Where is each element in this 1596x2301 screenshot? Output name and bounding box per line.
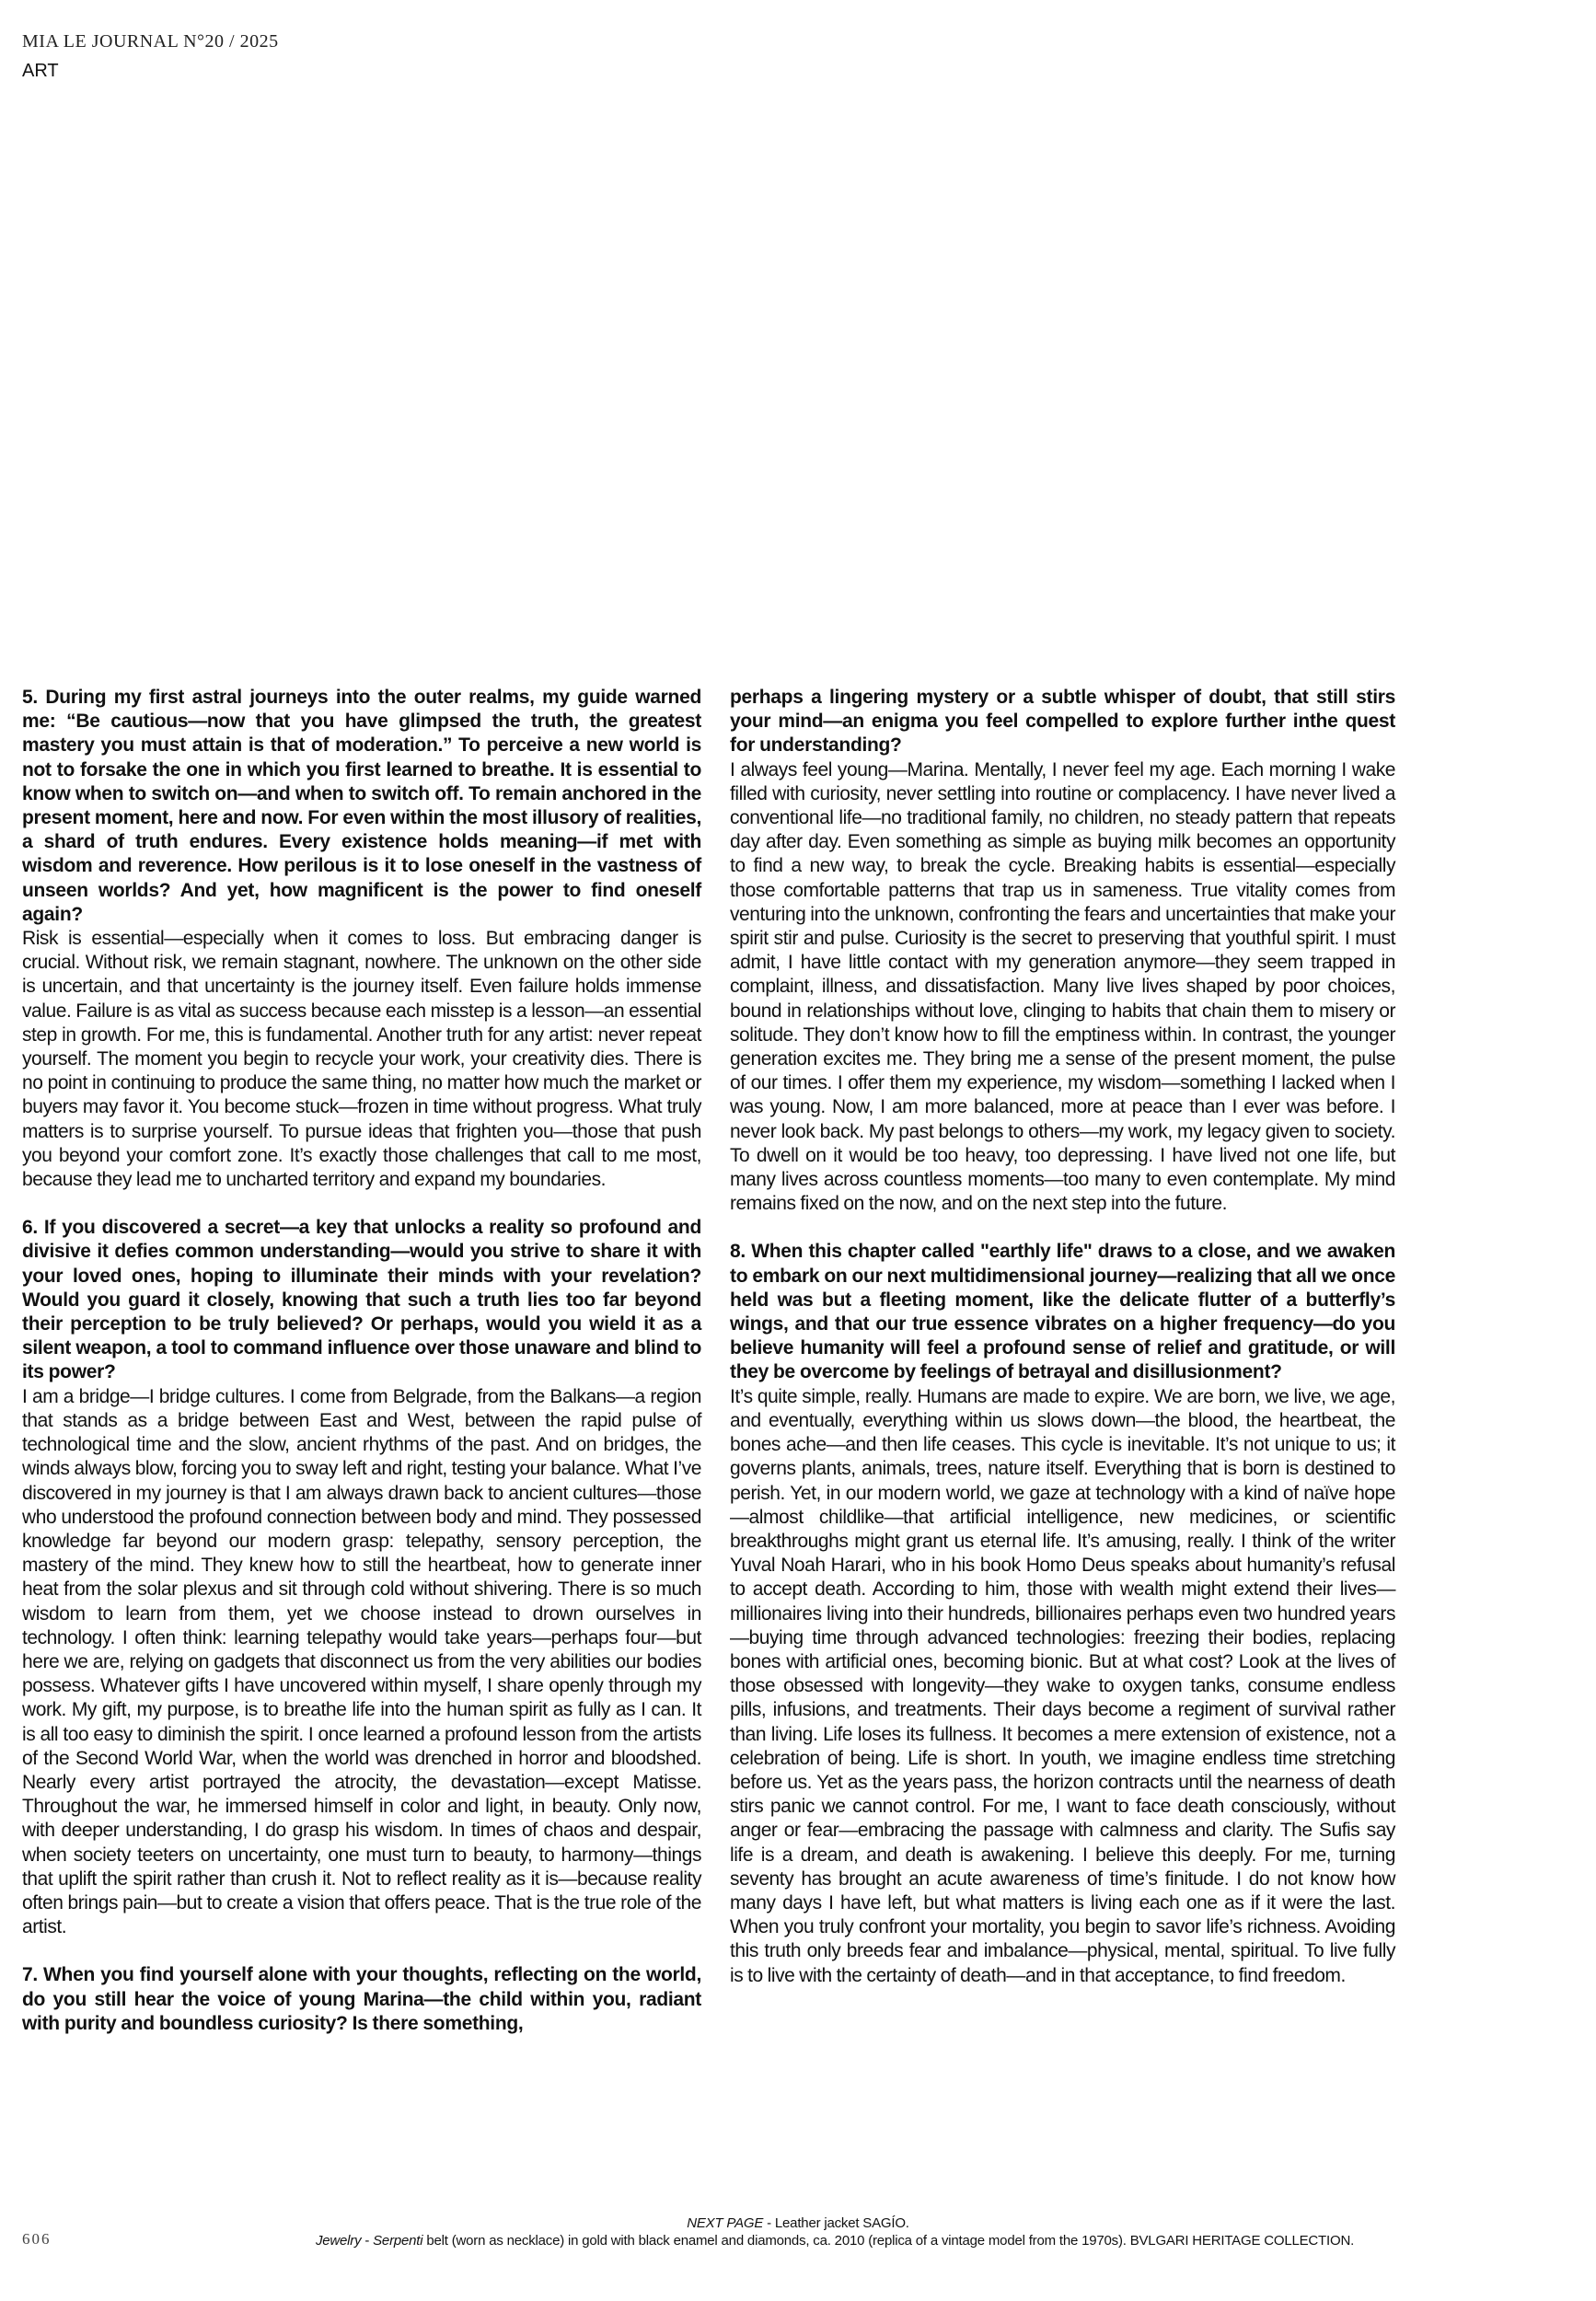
jewelry-text: belt (worn as necklace) in gold with bla… — [422, 2233, 1354, 2249]
jewelry-label: Jewelry — [316, 2233, 361, 2249]
question-7-part-2: perhaps a lingering mystery or a subtle … — [730, 686, 1395, 758]
article-column-left: 5. During my first astral journeys into … — [22, 686, 701, 2036]
photo-credits: NEXT PAGE - Leather jacket SAGÍO. Jewelr… — [0, 2214, 1596, 2249]
jewelry-separator: - — [361, 2233, 373, 2249]
question-7-part-1: 7. When you find yourself alone with you… — [22, 1963, 701, 2036]
answer-7: I always feel young—Marina. Mentally, I … — [730, 758, 1395, 1217]
answer-5: Risk is essential—especially when it com… — [22, 927, 701, 1192]
jewelry-credit: Jewelry - Serpenti belt (worn as necklac… — [0, 2232, 1596, 2249]
question-5: 5. During my first astral journeys into … — [22, 686, 701, 927]
section-label: ART — [22, 61, 59, 82]
paragraph-spacer — [22, 1939, 701, 1963]
article-column-right: perhaps a lingering mystery or a subtle … — [730, 686, 1395, 1988]
answer-6: I am a bridge—I bridge cultures. I come … — [22, 1385, 701, 1940]
jewelry-item: Serpenti — [373, 2233, 422, 2249]
next-page-credit: NEXT PAGE - Leather jacket SAGÍO. — [687, 2215, 909, 2231]
paragraph-spacer — [730, 1216, 1395, 1240]
question-6: 6. If you discovered a secret—a key that… — [22, 1216, 701, 1384]
paragraph-spacer — [22, 1192, 701, 1216]
next-page-label: NEXT PAGE — [687, 2215, 763, 2231]
masthead: MIA LE JOURNAL N°20 / 2025 — [22, 31, 279, 52]
next-page-text: - Leather jacket SAGÍO. — [763, 2215, 909, 2231]
question-8: 8. When this chapter called "earthly lif… — [730, 1240, 1395, 1384]
answer-8: It’s quite simple, really. Humans are ma… — [730, 1385, 1395, 1988]
